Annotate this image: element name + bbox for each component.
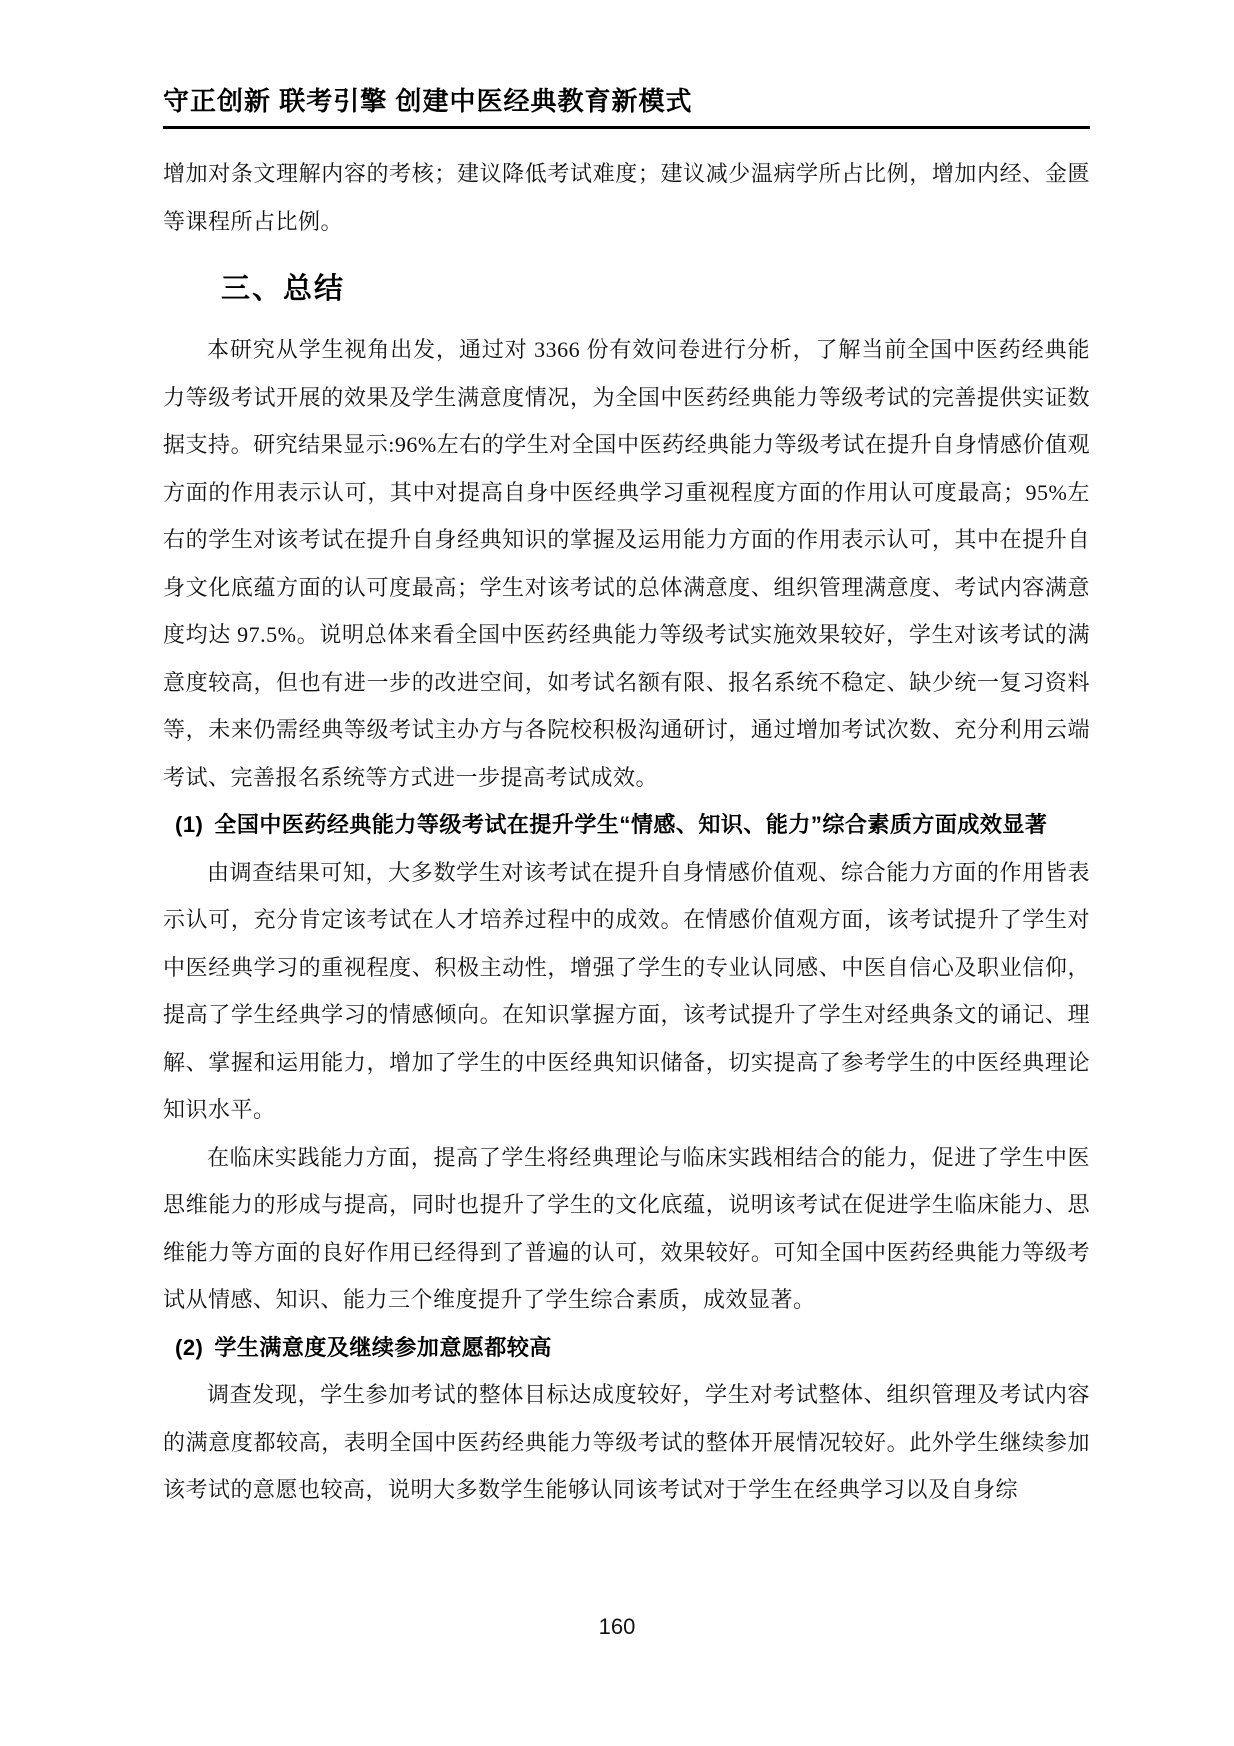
subheading-2-number: (2) bbox=[175, 1335, 203, 1360]
finding-1-paragraph-a: 由调查结果可知，大多数学生对该考试在提升自身情感价值观、综合能力方面的作用皆表示… bbox=[163, 849, 1090, 1134]
section-heading: 三、总结 bbox=[163, 269, 1090, 310]
finding-1-paragraph-b: 在临床实践能力方面，提高了学生将经典理论与临床实践相结合的能力，促进了学生中医思… bbox=[163, 1134, 1090, 1324]
subheading-1-number: (1) bbox=[175, 812, 203, 837]
page-number: 160 bbox=[0, 1612, 1234, 1642]
subheading-1: (1)全国中医药经典能力等级考试在提升学生“情感、知识、能力”综合素质方面成效显… bbox=[163, 801, 1090, 849]
subheading-2-text: 学生满意度及继续参加意愿都较高 bbox=[214, 1335, 552, 1360]
running-header-title: 守正创新 联考引擎 创建中医经典教育新模式 bbox=[163, 84, 1090, 129]
page-content: 守正创新 联考引擎 创建中医经典教育新模式 增加对条文理解内容的考核；建议降低考… bbox=[163, 84, 1090, 1514]
paragraph-continuation: 增加对条文理解内容的考核；建议降低考试难度；建议减少温病学所占比例，增加内经、金… bbox=[163, 150, 1090, 245]
document-page: 守正创新 联考引擎 创建中医经典教育新模式 增加对条文理解内容的考核；建议降低考… bbox=[0, 0, 1234, 1746]
running-header: 守正创新 联考引擎 创建中医经典教育新模式 bbox=[163, 84, 1090, 129]
subheading-2: (2)学生满意度及继续参加意愿都较高 bbox=[163, 1324, 1090, 1372]
summary-paragraph: 本研究从学生视角出发，通过对 3366 份有效问卷进行分析，了解当前全国中医药经… bbox=[163, 326, 1090, 801]
finding-2-paragraph: 调查发现，学生参加考试的整体目标达成度较好，学生对考试整体、组织管理及考试内容的… bbox=[163, 1371, 1090, 1514]
subheading-1-text: 全国中医药经典能力等级考试在提升学生“情感、知识、能力”综合素质方面成效显著 bbox=[214, 812, 1047, 837]
